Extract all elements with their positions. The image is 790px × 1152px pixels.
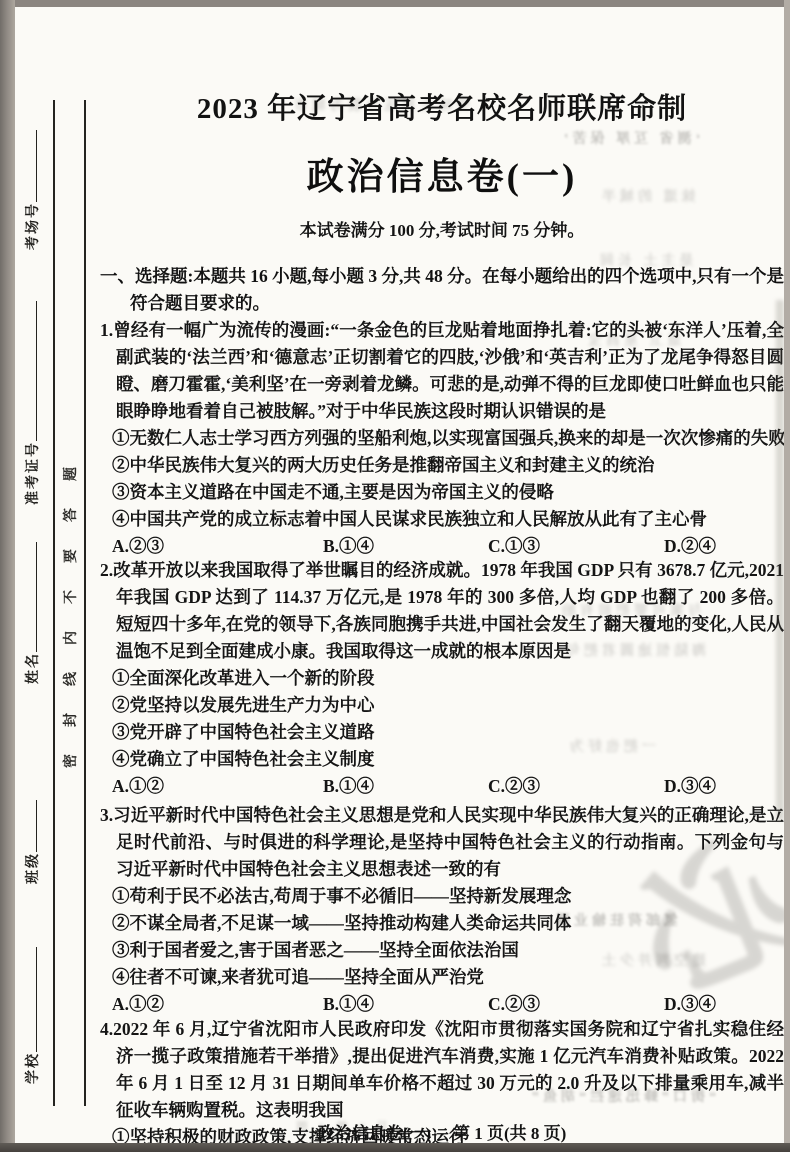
answer-choice-a: A.①②: [112, 991, 164, 1018]
answer-choice-c: C.①③: [488, 533, 540, 560]
blank-underline: [24, 800, 37, 852]
footer-paper-name: 政治信息卷(一): [318, 1124, 431, 1143]
seal-line: [84, 100, 86, 1106]
answer-choices-row: A.①② B.①④ C.②③ D.③④: [100, 991, 784, 1018]
question-stem: 1.曾经有一幅广为流传的漫画:“一条金色的巨龙贴着地面挣扎着:它的头被‘东洋人’…: [100, 317, 784, 425]
question-2: 2.改革开放以来我国取得了举世瞩目的经济成就。1978 年我国 GDP 只有 3…: [100, 557, 784, 800]
question-option: ②中华民族伟大复兴的两大历史任务是推翻帝国主义和封建主义的统治: [100, 452, 784, 479]
question-1: 1.曾经有一幅广为流传的漫画:“一条金色的巨龙贴着地面挣扎着:它的头被‘东洋人’…: [100, 317, 784, 560]
question-option: ①无数仁人志士学习西方列强的坚船利炮,以实现富国强兵,换来的却是一次次惨痛的失败: [100, 425, 784, 452]
margin-field-class: 班级: [22, 800, 42, 884]
exam-source-title: 2023 年辽宁省高考名校名师联席命制: [100, 86, 784, 127]
scan-edge-right: [784, 0, 790, 1152]
answer-choice-b: B.①④: [323, 991, 374, 1018]
question-stem: 2.改革开放以来我国取得了举世瞩目的经济成就。1978 年我国 GDP 只有 3…: [100, 557, 784, 665]
answer-choice-b: B.①④: [323, 773, 374, 800]
blank-underline: [24, 301, 37, 441]
answer-choice-d: D.③④: [664, 991, 716, 1018]
margin-field-school: 学校: [22, 947, 42, 1084]
answer-choice-b: B.①④: [323, 533, 374, 560]
margin-field-name: 姓名: [22, 542, 42, 684]
scan-edge-left: [0, 0, 15, 1152]
answer-choices-row: A.②③ B.①④ C.①③ D.②④: [100, 533, 784, 560]
margin-field-label: 学校: [24, 1052, 40, 1084]
question-option: ③资本主义道路在中国走不通,主要是因为帝国主义的侵略: [100, 479, 784, 506]
blank-underline: [24, 947, 37, 1052]
paper-subtitle: 本试卷满分 100 分,考试时间 75 分钟。: [100, 216, 784, 241]
question-option: ④党确立了中国特色社会主义制度: [100, 746, 784, 773]
answer-choice-c: C.②③: [488, 991, 540, 1018]
question-option: ①苟利于民不必法古,苟周于事不必循旧——坚持新发展理念: [100, 883, 784, 910]
question-option: ③利于国者爱之,害于国者恶之——坚持全面依法治国: [100, 937, 784, 964]
question-option: ①全面深化改革进入一个新的阶段: [100, 665, 784, 692]
page-footer: 政治信息卷(一)第 1 页(共 8 页): [100, 1119, 784, 1144]
scanned-exam-page: { "header": { "title_line1": "2023 年辽宁省高…: [0, 0, 790, 1152]
question-3: 3.习近平新时代中国特色社会主义思想是党和人民实现中华民族伟大复兴的正确理论,是…: [100, 802, 784, 1018]
answer-choice-c: C.②③: [488, 773, 540, 800]
answer-choice-d: D.③④: [664, 773, 716, 800]
seal-margin-notice: 密封线内不要答题: [60, 440, 80, 768]
paper-title: 政治信息卷(一): [100, 146, 784, 200]
margin-field-exam-room: 考场号: [22, 130, 42, 250]
question-stem: 3.习近平新时代中国特色社会主义思想是党和人民实现中华民族伟大复兴的正确理论,是…: [100, 802, 784, 883]
answer-choice-d: D.②④: [664, 533, 716, 560]
margin-field-label: 准考证号: [24, 441, 40, 505]
margin-field-label: 姓名: [24, 652, 40, 684]
seal-line: [53, 100, 55, 1106]
blank-underline: [24, 130, 37, 202]
page-curl-shadow: [776, 300, 784, 820]
question-option: ②不谋全局者,不足谋一域——坚持推动构建人类命运共同体: [100, 910, 784, 937]
margin-field-admission-number: 准考证号: [22, 301, 42, 505]
scan-edge-bottom: [0, 1143, 790, 1152]
footer-page-number: 第 1 页(共 8 页): [453, 1124, 566, 1143]
bleed-through-text: ‘测省 互厚 保苦’: [560, 128, 700, 148]
question-option: ③党开辟了中国特色社会主义道路: [100, 719, 784, 746]
margin-field-label: 考场号: [24, 202, 40, 250]
blank-underline: [24, 542, 37, 652]
question-stem: 4.2022 年 6 月,辽宁省沈阳市人民政府印发《沈阳市贯彻落实国务院和辽宁省…: [100, 1016, 784, 1124]
question-option: ④中国共产党的成立标志着中国人民谋求民族独立和人民解放从此有了主心骨: [100, 506, 784, 533]
answer-choice-a: A.①②: [112, 773, 164, 800]
question-option: ②党坚持以发展先进生产力为中心: [100, 692, 784, 719]
answer-choices-row: A.①② B.①④ C.②③ D.③④: [100, 773, 784, 800]
scan-edge-top: [0, 0, 790, 7]
section-instructions: 一、选择题:本题共 16 小题,每小题 3 分,共 48 分。在每小题给出的四个…: [100, 263, 784, 317]
question-option: ④往者不可谏,来者犹可追——坚持全面从严治党: [100, 964, 784, 991]
answer-choice-a: A.②③: [112, 533, 164, 560]
margin-field-label: 班级: [24, 852, 40, 884]
